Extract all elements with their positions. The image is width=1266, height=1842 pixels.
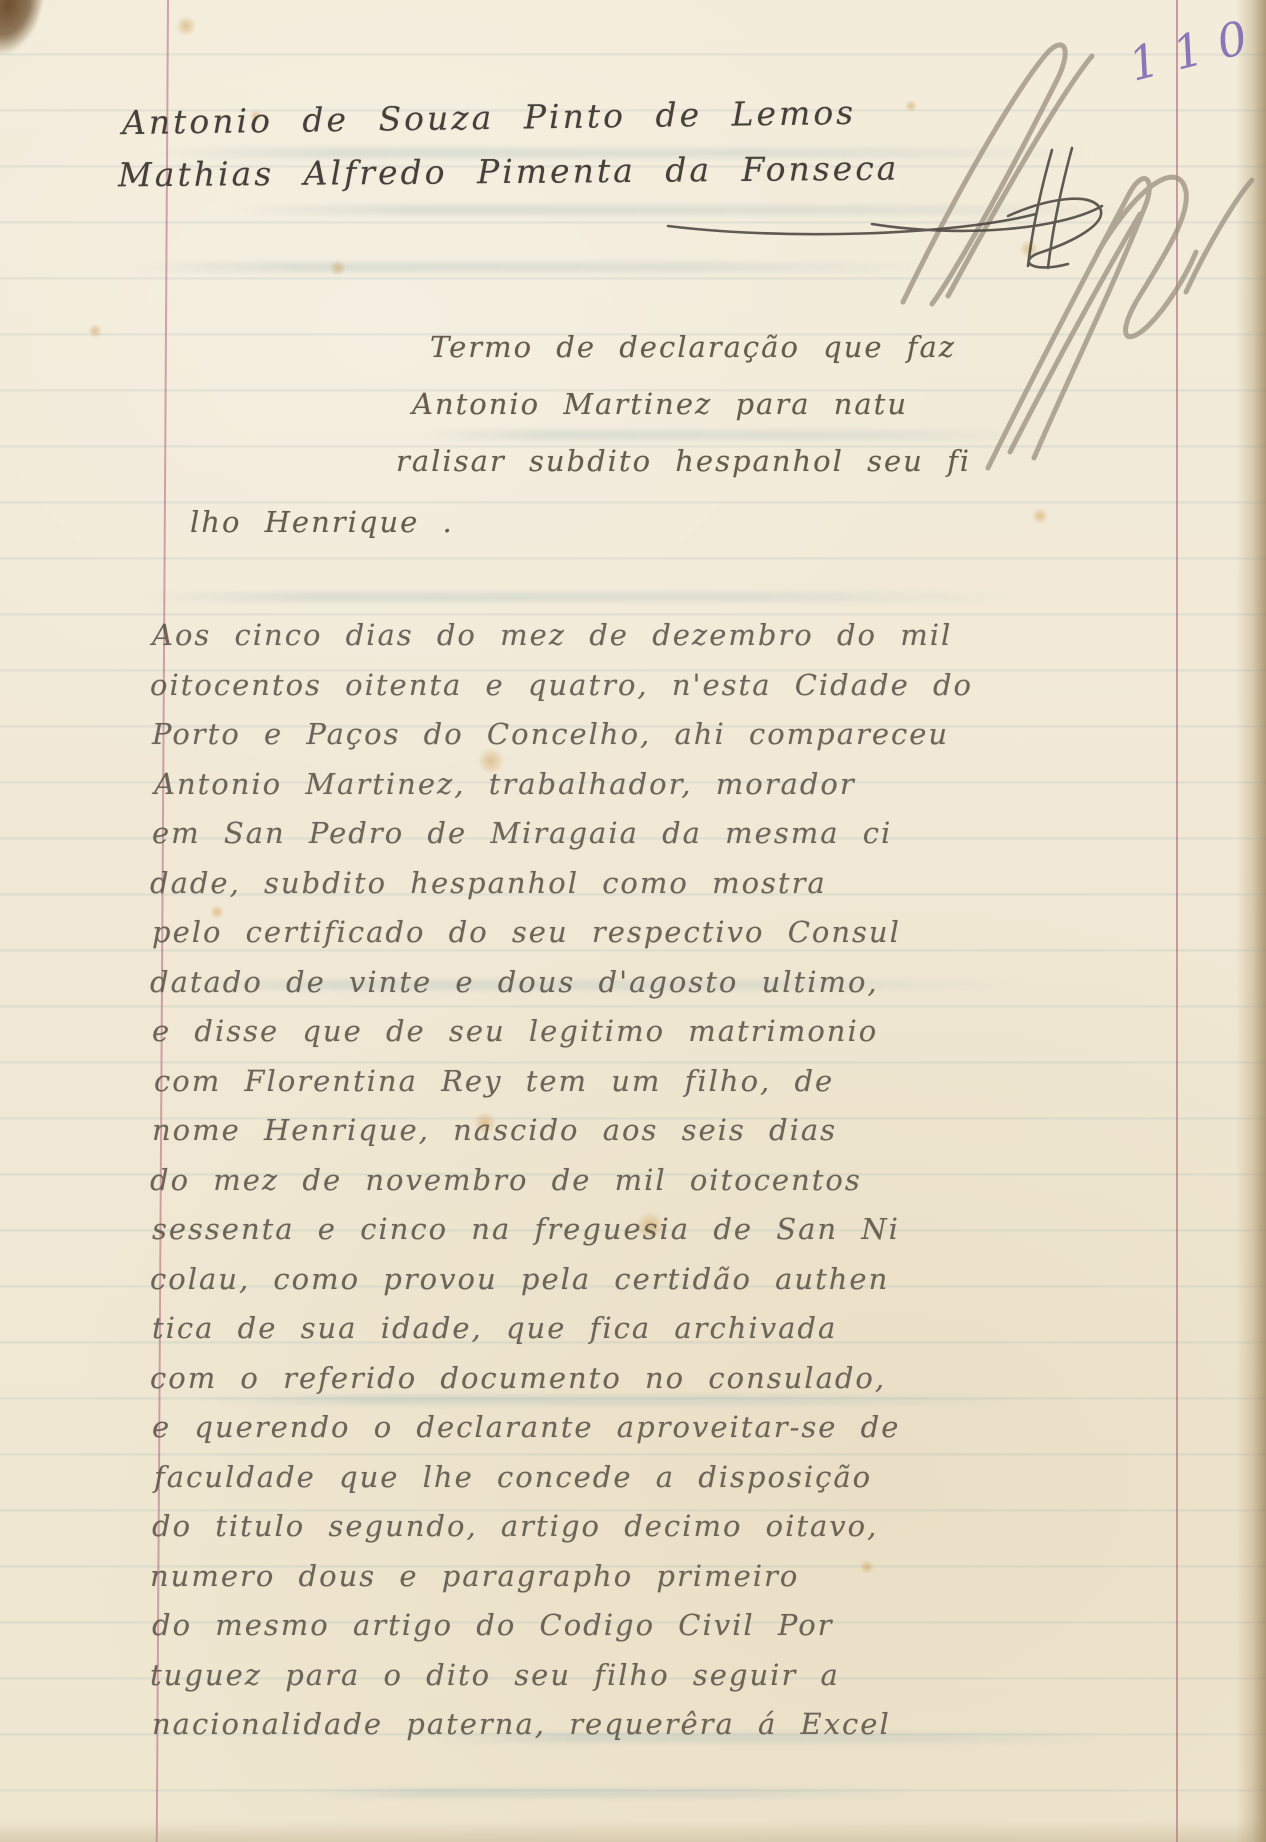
signature-line-2: Mathias Alfredo Pimenta da Fonseca <box>118 149 900 195</box>
showthrough-streak <box>230 205 1130 215</box>
handwritten-line: Antonio Martinez, trabalhador, morador <box>154 767 856 801</box>
handwritten-line: nome Henrique, nascido aos seis dias <box>152 1113 837 1147</box>
fox-spot <box>1020 240 1038 258</box>
handwritten-line: em San Pedro de Miragaia da mesma ci <box>152 816 892 850</box>
handwritten-line: com Florentina Rey tem um filho, de <box>154 1064 834 1098</box>
right-margin-line <box>1176 0 1178 1842</box>
handwritten-line: oitocentos oitenta e quatro, n'esta Cida… <box>150 668 973 702</box>
manuscript-page: 110 Antonio de Souza Pinto de Lemos Math… <box>0 0 1266 1842</box>
title-line: lho Henrique . <box>190 505 454 539</box>
fox-spot <box>88 324 102 338</box>
handwritten-line: e disse que de seu legitimo matrimonio <box>152 1014 878 1048</box>
corner-stain <box>0 0 46 61</box>
handwritten-line: sessenta e cinco na freguesia de San Ni <box>152 1212 900 1246</box>
fox-spot <box>860 1560 874 1574</box>
handwritten-line: numero dous e paragrapho primeiro <box>150 1559 799 1593</box>
fox-spot <box>905 100 917 112</box>
handwritten-line: nacionalidade paterna, requerêra á Excel <box>152 1707 891 1741</box>
showthrough-streak <box>200 1395 1030 1405</box>
showthrough-streak <box>140 592 1020 602</box>
handwritten-line: tuguez para o dito seu filho seguir a <box>150 1658 840 1692</box>
fox-spot <box>330 260 346 276</box>
handwritten-line: faculdade que lhe concede a disposição <box>154 1460 872 1494</box>
signature-line-1: Antonio de Souza Pinto de Lemos <box>122 93 857 142</box>
handwritten-line: Porto e Paços do Concelho, ahi comparece… <box>152 717 949 751</box>
handwritten-line: do mesmo artigo do Codigo Civil Por <box>152 1608 834 1642</box>
folio-mark: 110 <box>1123 6 1266 91</box>
handwritten-line: dade, subdito hespanhol como mostra <box>150 866 827 900</box>
title-line: Antonio Martinez para natu <box>412 387 908 421</box>
handwritten-line: datado de vinte e dous d'agosto ultimo, <box>150 965 879 999</box>
handwritten-line: pelo certificado do seu respectivo Consu… <box>152 915 901 949</box>
showthrough-streak <box>420 430 1040 440</box>
handwritten-line: colau, como provou pela certidão authen <box>150 1262 889 1296</box>
fox-spot <box>176 16 196 36</box>
title-line: Termo de declaração que faz <box>430 330 956 364</box>
pencil-scribbles <box>903 45 1252 468</box>
handwritten-line: Aos cinco dias do mez de dezembro do mil <box>152 618 952 652</box>
handwritten-line: e querendo o declarante aproveitar-se de <box>152 1410 900 1444</box>
handwritten-line: do mez de novembro de mil oitocentos <box>150 1163 862 1197</box>
handwritten-line: com o referido documento no consulado, <box>150 1361 886 1395</box>
handwritten-line: tica de sua idade, que fica archivada <box>152 1311 837 1345</box>
fox-spot <box>1032 508 1048 524</box>
title-line: ralisar subdito hespanhol seu fi <box>396 444 971 478</box>
showthrough-streak <box>300 1788 920 1798</box>
page-bottom-edge <box>0 1820 1266 1842</box>
showthrough-streak <box>130 262 950 272</box>
handwritten-line: do titulo segundo, artigo decimo oitavo, <box>152 1509 878 1543</box>
page-right-edge <box>1236 0 1266 1842</box>
